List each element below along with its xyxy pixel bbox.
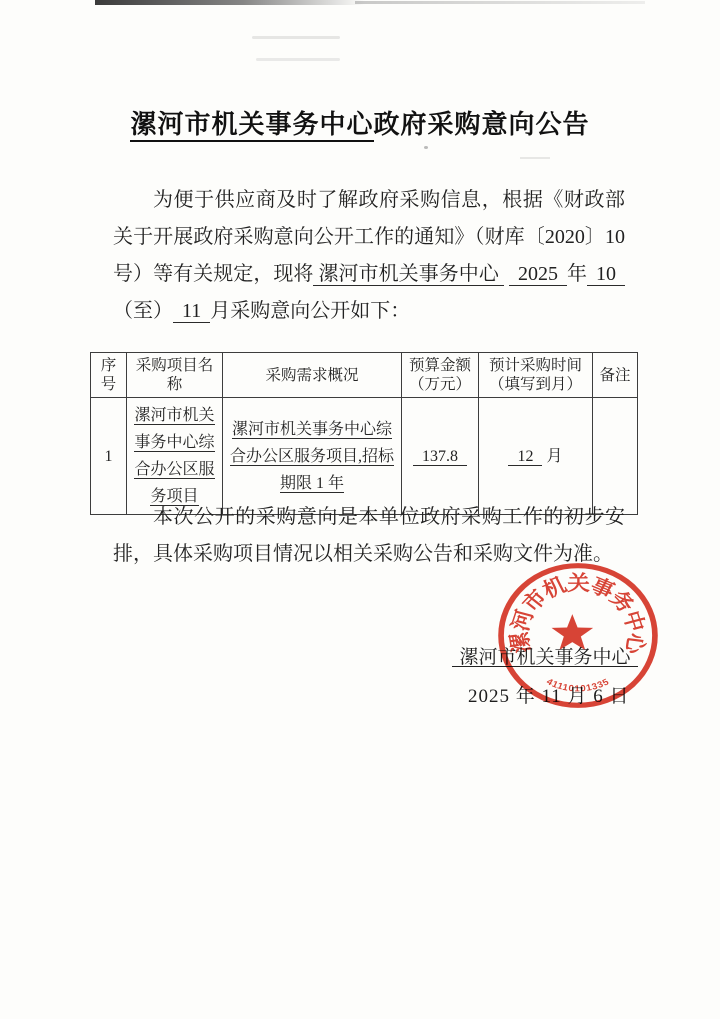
signature-date: 2025 年 11 月 6 日 <box>468 681 630 708</box>
scan-artifact <box>256 58 340 61</box>
document-page: 漯河市机关事务中心政府采购意向公告 为便于供应商及时了解政府采购信息，根据《财政… <box>0 0 720 1019</box>
scan-artifact <box>424 146 428 149</box>
closing-paragraph: 本次公开的采购意向是本单位政府采购工作的初步安排，具体采购项目情况以相关采购公告… <box>113 499 625 573</box>
signature-org-name: 漯河市机关事务中心 <box>452 642 638 667</box>
cell-budget: 137.8 <box>402 398 479 515</box>
page-title-org-part: 漯河市机关事务中心 <box>130 109 373 142</box>
intro-between-label: （至） <box>113 300 173 322</box>
intro-month-from-fill: 10 <box>587 263 625 286</box>
cell-note <box>593 398 638 515</box>
intro-month-to-fill: 11 <box>173 300 210 323</box>
header-budget: 预算金额（万元） <box>402 353 479 398</box>
intro-year-fill: 2025 <box>509 263 567 286</box>
table-header-row: 序号 采购项目名称 采购需求概况 预算金额（万元） 预计采购时间（填写到月） 备… <box>91 353 638 398</box>
budget-text: 137.8 <box>413 448 467 466</box>
cell-purchase-time: 12 月 <box>479 398 593 515</box>
header-seq: 序号 <box>91 353 127 398</box>
scan-artifact <box>355 1 645 4</box>
header-purchase-time: 预计采购时间（填写到月） <box>479 353 593 398</box>
page-title: 漯河市机关事务中心政府采购意向公告 <box>0 104 720 141</box>
cell-requirement: 漯河市机关事务中心综合办公区服务项目,招标期限 1 年 <box>223 398 402 515</box>
cell-seq: 1 <box>91 398 127 515</box>
scan-artifact <box>95 0 365 5</box>
intro-year-unit: 年 <box>567 263 587 285</box>
scan-artifact <box>520 157 550 159</box>
cell-project-name: 漯河市机关事务中心综合办公区服务项目 <box>127 398 223 515</box>
intro-org-name-fill: 漯河市机关事务中心 <box>313 263 503 286</box>
project-name-text: 漯河市机关事务中心综合办公区服务项目 <box>134 407 214 506</box>
purchase-time-unit: 月 <box>546 448 562 465</box>
header-note: 备注 <box>593 353 638 398</box>
intro-paragraph: 为便于供应商及时了解政府采购信息，根据《财政部关于开展政府采购意向公开工作的通知… <box>113 182 625 330</box>
header-project-name: 采购项目名称 <box>127 353 223 398</box>
intro-tail: 月采购意向公开如下： <box>210 300 410 322</box>
table-row: 1 漯河市机关事务中心综合办公区服务项目 漯河市机关事务中心综合办公区服务项目,… <box>91 398 638 515</box>
purchase-time-value: 12 <box>508 448 542 466</box>
page-title-rest: 政府采购意向公告 <box>374 109 590 139</box>
header-requirement: 采购需求概况 <box>223 353 402 398</box>
requirement-text: 漯河市机关事务中心综合办公区服务项目,招标期限 1 年 <box>230 421 394 493</box>
scan-artifact <box>252 36 340 39</box>
procurement-intention-table: 序号 采购项目名称 采购需求概况 预算金额（万元） 预计采购时间（填写到月） 备… <box>90 352 638 515</box>
